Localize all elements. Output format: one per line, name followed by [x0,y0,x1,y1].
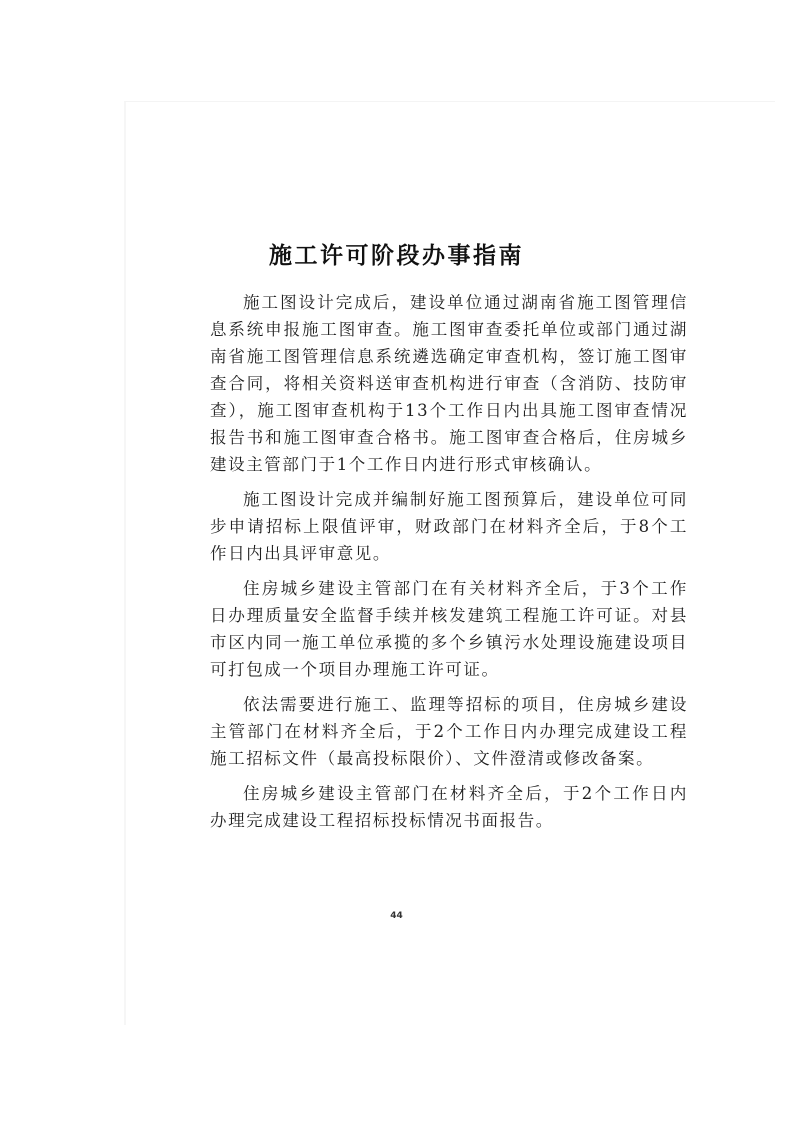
page-number: 44 [0,911,793,921]
paragraph-tender-filing: 依法需要进行施工、监理等招标的项目，住房城乡建设主管部门在材料齐全后，于2个工作… [210,691,688,772]
paragraph-bid-ceiling-review: 施工图设计完成并编制好施工图预算后，建设单位可同步申请招标上限值评审，财政部门在… [210,486,688,567]
document-body: 施工图设计完成后，建设单位通过湖南省施工图管理信息系统申报施工图审查。施工图审查… [210,289,688,842]
document-title: 施工许可阶段办事指南 [0,241,793,271]
paragraph-construction-drawing-review: 施工图设计完成后，建设单位通过湖南省施工图管理信息系统申报施工图审查。施工图审查… [210,289,688,478]
paragraph-tender-report: 住房城乡建设主管部门在材料齐全后，于2个工作日内办理完成建设工程招标投标情况书面… [210,780,688,834]
paragraph-construction-permit: 住房城乡建设主管部门在有关材料齐全后，于3个工作日办理质量安全监督手续并核发建筑… [210,575,688,683]
